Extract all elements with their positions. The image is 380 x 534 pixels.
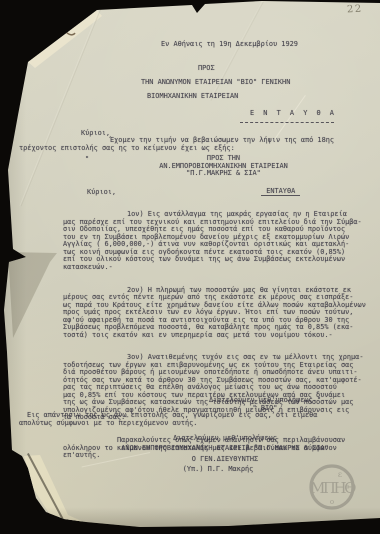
- svg-text:ε: ε: [338, 470, 342, 479]
- open-quote-mark: ": [85, 156, 89, 164]
- archive-stamp-icon: ΜΠΗΘ ε ο: [307, 462, 357, 512]
- photo-background: ΕΛ/ΕΥ 22 Εν Αθήναις τη 19η Δεκεμβρίου 19…: [0, 0, 380, 534]
- document-page: ΕΛ/ΕΥ 22 Εν Αθήναις τη 19η Δεκεμβρίου 19…: [0, 0, 380, 534]
- text-line: απολύτως σύμφωνοι με το περιεχόμενον αυτ…: [19, 420, 371, 428]
- text-line: τοστά) τοις εκατόν και εν υπερημερία σας…: [63, 332, 377, 340]
- ink-stain: [61, 19, 67, 29]
- ink-stain: [54, 3, 62, 19]
- intro-paragraph: Έχομεν την τιμήν να βεβαιώσωμεν την λήψι…: [19, 137, 364, 152]
- typewritten-text-layer: Εν Αθήναις τη 19η Δεκεμβρίου 1929 ΠΡΟΣ Τ…: [0, 0, 380, 534]
- underline-rule: [240, 122, 334, 123]
- place-entautha: Ε Ν Τ Α Υ Θ Α: [250, 110, 336, 118]
- paragraph-2: 2ον) Η πληρωμή των ποσοστών μας θα γίνητ…: [63, 287, 377, 340]
- quoted-place-text: ΕΝΤΑΥΘΑ: [261, 187, 300, 196]
- text-line: κατασκευών.-: [63, 264, 377, 272]
- filing-note: ΕΛ/ΕΥ: [24, 16, 49, 27]
- svg-text:ο: ο: [330, 498, 334, 506]
- recipient-line: ΒΙΟΜΗΧΑΝΙΚΗΝ ΕΤΑΙΡΕΙΑΝ: [147, 93, 238, 101]
- quoted-letter-header: ΠΡΟΣ ΤΗΝΑΝ.ΕΜΠΟΡΟΒΙΟΜΗΧΑΝΙΚΗΝ ΕΤΑΙΡΕΙΑΝ"…: [96, 155, 351, 178]
- recipient-line: ΤΗΝ ΑΝΩΝΥΜΟΝ ΕΤΑΙΡΕΙΑΝ "ΒΙΟ" ΓΕΝΙΚΗΝ: [141, 79, 290, 87]
- dateline: Εν Αθήναις τη 19η Δεκεμβρίου 1929: [161, 41, 298, 49]
- paragraph-1: 1ον) Εις αντάλλαγμα της μακράς εργασίας …: [63, 211, 377, 271]
- to-label: ΠΡΟΣ: [198, 65, 215, 73]
- text-line: "Π.Γ.ΜΑΚΡΗΣ & ΣΙΑ": [96, 170, 351, 178]
- valediction: Διατελούμεν μεθ'υπολήψεως: [75, 435, 375, 443]
- stamp-monogram: ΜΠΗΘ: [310, 479, 356, 497]
- reply-paragraph: Εις απάντησιν της ως άνω επιστολής σας, …: [19, 412, 371, 427]
- signer-company: ΑΝΩΝ.ΕΜΠΟΡΟΒΙΟΜΗΧΑΝΙΚΗ ΕΤΑΙΡΕΙΑ "Π.Γ.ΜΑΚ…: [75, 445, 375, 453]
- text-line: τρέχοντος επιστολής σας ης το κείμενον έ…: [19, 145, 364, 153]
